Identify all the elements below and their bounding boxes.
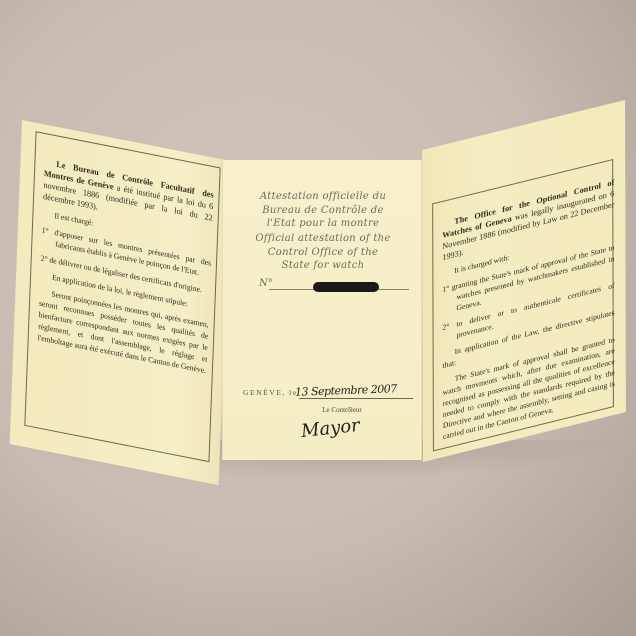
center-panel-attestation: Attestation officielle du Bureau de Cont… xyxy=(222,160,422,460)
signature: Mayor xyxy=(300,415,361,442)
place-date-line: GENÈVE, le 13 Septembre 2007 xyxy=(243,388,413,402)
left-panel-french: Le Bureau de Contrôle Facultatif des Mon… xyxy=(10,120,231,485)
watch-number-field: N° xyxy=(259,278,409,292)
controller-label: Le Contrôleur xyxy=(243,406,413,414)
date-underline xyxy=(299,398,413,399)
attestation-english: Official attestation of the Control Offi… xyxy=(243,232,403,273)
right-panel-english: The Office for the Optional Control of W… xyxy=(422,100,626,462)
redacted-number xyxy=(313,282,379,292)
number-label: N° xyxy=(259,278,273,289)
attestation-french: Attestation officielle du Bureau de Cont… xyxy=(243,190,403,231)
english-text: The Office for the Optional Control of W… xyxy=(442,177,615,442)
handwritten-date: 13 Septembre 2007 xyxy=(295,382,397,399)
french-text: Le Bureau de Contrôle Facultatif des Mon… xyxy=(38,156,214,376)
place-label: GENÈVE, le xyxy=(243,388,298,397)
